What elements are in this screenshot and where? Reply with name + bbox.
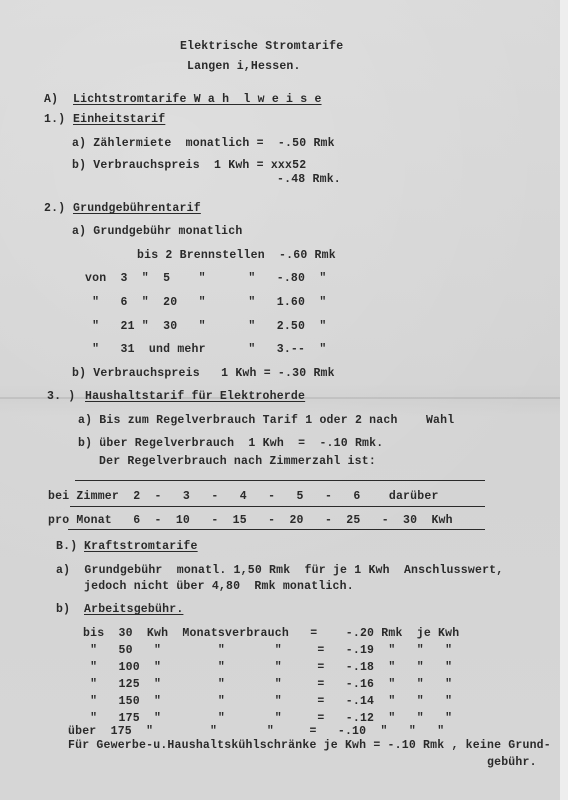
scan-edge [560,0,568,800]
zimmer-rule [70,506,485,507]
tarif3-a: a) Bis zum Regelverbrauch Tarif 1 oder 2… [78,414,454,428]
tarif1-b: b) Verbrauchspreis 1 Kwh = xxx52 [72,159,306,173]
tarif3-label: 3. ) [47,390,75,404]
section-b-heading: Kraftstromtarife [84,540,198,554]
tarif2-row-0: bis 2 Brennstellen -.60 Rmk [137,249,336,263]
section-a-label: A) [44,93,58,107]
tarif2-row-1: von 3 " 5 " " -.80 " [85,272,326,286]
tarif1-heading: Einheitstarif [73,113,165,127]
section-b-a-line1: a) Grundgebühr monatl. 1,50 Rmk für je 1… [56,564,503,578]
document-title: Elektrische Stromtarife [180,40,343,54]
tarif3-b: b) über Regelverbrauch 1 Kwh = -.10 Rmk. [78,437,383,451]
tarif1-a: a) Zählermiete monatlich = -.50 Rmk [72,137,335,151]
arbeit-row-4: " 150 " " " = -.14 " " " [83,695,452,709]
arbeit-row-5: " 175 " " " = -.12 " " " [83,712,452,726]
arbeit-row-0: bis 30 Kwh Monatsverbrauch = -.20 Rmk je… [83,627,459,641]
monat-rule [68,529,485,530]
tarif3-heading: Haushaltstarif für Elektroherde [85,390,305,404]
tarif1-label: 1.) [44,113,65,127]
zimmer-row: bei Zimmer 2 - 3 - 4 - 5 - 6 darüber [48,490,439,504]
section-b-a-line2: jedoch nicht über 4,80 Rmk monatlich. [84,580,354,594]
arbeit-row-3: " 125 " " " = -.16 " " " [83,678,452,692]
tarif2-label: 2.) [44,202,65,216]
section-a-heading: Lichtstromtarife W a h l w e i s e [73,93,322,107]
arbeit-row-2: " 100 " " " = -.18 " " " [83,661,452,675]
monat-row: pro Monat 6 - 10 - 15 - 20 - 25 - 30 Kwh [48,514,453,528]
tarif3-note: Der Regelverbrauch nach Zimmerzahl ist: [99,455,376,469]
tarif2-row-3: " 21 " 30 " " 2.50 " [85,320,326,334]
arbeit-row-6: über 175 " " " = -.10 " " " [68,725,444,739]
table-top-rule [75,480,485,481]
tarif2-a: a) Grundgebühr monatlich [72,225,242,239]
tarif2-row-4: " 31 und mehr " 3.-- " [85,343,326,357]
tarif2-b: b) Verbrauchspreis 1 Kwh = -.30 Rmk [72,367,335,381]
tarif2-row-2: " 6 " 20 " " 1.60 " [85,296,326,310]
footer-line1: Für Gewerbe-u.Haushaltskühlschränke je K… [68,739,551,753]
section-b-label: B.) [56,540,77,554]
arbeit-row-1: " 50 " " " = -.19 " " " [83,644,452,658]
footer-line2: gebühr. [487,756,537,770]
section-b-b-heading: Arbeitsgebühr. [84,603,183,617]
document-subtitle: Langen i,Hessen. [187,60,301,74]
tarif2-heading: Grundgebührentarif [73,202,201,216]
tarif1-b-value: -.48 Rmk. [277,173,341,187]
section-b-b-label: b) [56,603,70,617]
